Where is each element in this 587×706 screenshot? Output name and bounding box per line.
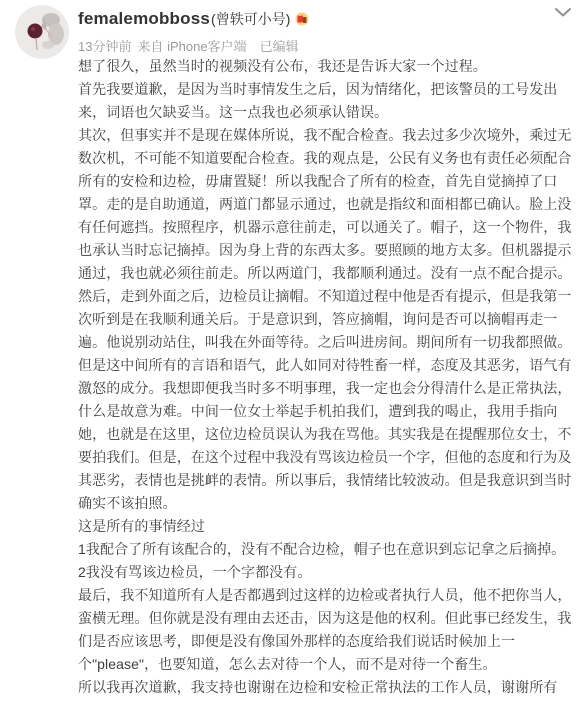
post-body: 想了很久，虽然当时的视频没有公布，我还是告诉大家一个过程。首先我要道歉，是因为当… [78,55,580,699]
post-time: 13分钟前 [78,36,131,55]
post-line: 其恶劣，表情也是挑衅的表情。所以事后，我情绪比较波动。但是我意识到当时 [78,469,580,492]
username-row: femalemobboss(曾轶可小号) [78,9,310,29]
post-line: 确实不该拍照。 [78,492,580,515]
post-line: 通过，我也就必须往前走。所以两道门，我都顺利通过。没有一点不配合提示。 [78,262,580,285]
post-line: 有任何遮挡。按照程序，机器示意往前走，可以通关了。帽子，这一个物件，我 [78,216,580,239]
post-header: femalemobboss(曾轶可小号) 13分钟前 来自 iPhone客户端 … [78,9,310,55]
post-line: 想了很久，虽然当时的视频没有公布，我还是告诉大家一个过程。 [78,55,580,78]
post-line: 所以我再次道歉，我支持也谢谢在边检和安检正常执法的工作人员，谢谢所有 [78,676,580,699]
post-line: 遍。他说别动站住，叫我在外面等待。之后叫进房间。期间所有一切我都照做。 [78,331,580,354]
post-source: 来自 iPhone客户端 [137,36,246,55]
post-line: 来，词语也欠缺妥当。这一点我也必须承认错误。 [78,101,580,124]
post-line: 所有的安检和边检，毋庸置疑！所以我配合了所有的检查，首先自觉摘掉了口 [78,170,580,193]
post-line: 1我配合了所有该配合的，没有不配合边检，帽子也在意识到忘记拿之后摘掉。 [78,538,580,561]
post-line: 她，也就是在这里，这位边检员误认为我在骂他。其实我是在提醒那位女士，不 [78,423,580,446]
post-line: 什么是故意为难。中间一位女士举起手机拍我们，遭到我的喝止，我用手指向 [78,400,580,423]
post-line: 但是这中间所有的言语和语气，此人如同对待牲畜一样，态度及其恶劣，语气有 [78,354,580,377]
username[interactable]: femalemobboss [78,9,210,29]
post-line: 们是否应该思考，即便是没有像国外那样的态度给我们说话时候加上一 [78,630,580,653]
post-line: 其次，但事实并不是现在媒体所说，我不配合检查。我去过多少次境外，乘过无 [78,124,580,147]
post-line: 罩。走的是自助通道，两道门都显示通过，也就是指纹和面相都已确认。脸上没 [78,193,580,216]
post-line: 首先我要道歉，是因为当时事情发生之后，因为情绪化，把该警员的工号发出 [78,78,580,101]
username-suffix: (曾轶可小号) [211,9,290,29]
post-line: 要拍我们。但是，在这个过程中我没有骂该边检员一个字，但他的态度和行为及 [78,446,580,469]
post-meta: 13分钟前 来自 iPhone客户端 已编辑 [78,36,310,55]
vip-badge-icon [294,11,310,27]
post-line: 2我没有骂该边检员，一个字都没有。 [78,561,580,584]
chevron-down-icon [554,5,572,23]
post-line: 然后，走到外面之后，边检员让摘帽。不知道过程中他是否有提示，但是我第一 [78,285,580,308]
collapse-button[interactable] [552,6,574,22]
post-line: 最后，我不知道所有人是否都遇到过这样的边检或者执行人员，他不把你当人， [78,584,580,607]
edited-badge: 已编辑 [260,36,299,55]
post-card: femalemobboss(曾轶可小号) 13分钟前 来自 iPhone客户端 … [0,0,587,706]
post-line: 数次机，不可能不知道要配合检查。我的观点是，公民有义务也有责任必须配合 [78,147,580,170]
post-line: 激怒的成分。我想即便我当时多不明事理，我一定也会分得清什么是正常执法， [78,377,580,400]
post-line: 也承认当时忘记摘掉。因为身上背的东西太多。要照顾的地方太多。但机器提示 [78,239,580,262]
post-line: 这是所有的事情经过 [78,515,580,538]
post-line: 蛮横无理。但你就是没有理由去还击，因为这是他的权利。但此事已经发生，我 [78,607,580,630]
avatar-image [15,5,69,59]
avatar[interactable] [15,5,69,59]
post-line: 次听到是在我顺利通关后。于是意识到，答应摘帽，询问是否可以摘帽再走一 [78,308,580,331]
post-line: 个"please"，也要知道，怎么去对待一个人，而不是对待一个畜生。 [78,653,580,676]
